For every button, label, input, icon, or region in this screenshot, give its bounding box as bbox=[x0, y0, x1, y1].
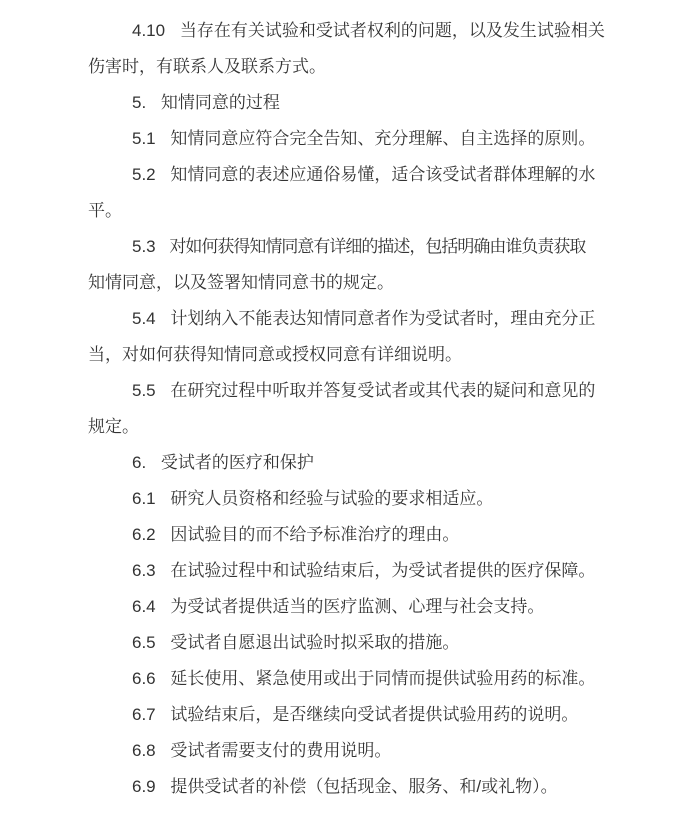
item-number: 6.1 bbox=[132, 481, 156, 517]
document-line: 5.5 在研究过程中听取并答复受试者或其代表的疑问和意见的 bbox=[88, 373, 600, 409]
document-line: 6.2 因试验目的而不给予标准治疗的理由。 bbox=[88, 517, 600, 553]
document-line: 6.5 受试者自愿退出试验时拟采取的措施。 bbox=[88, 625, 600, 661]
line-text: 试验结束后，是否继续向受试者提供试验用药的说明。 bbox=[170, 705, 578, 724]
item-number: 6.8 bbox=[132, 733, 156, 769]
item-number: 5.5 bbox=[132, 373, 156, 409]
item-number: 6.6 bbox=[132, 661, 156, 697]
line-text: 平。 bbox=[88, 201, 122, 220]
item-number: 5.3 bbox=[132, 229, 156, 265]
line-text: 规定。 bbox=[88, 417, 139, 436]
line-text: 受试者自愿退出试验时拟采取的措施。 bbox=[170, 633, 459, 652]
line-text: 延长使用、紧急使用或出于同情而提供试验用药的标准。 bbox=[170, 669, 595, 688]
line-text: 伤害时，有联系人及联系方式。 bbox=[88, 57, 326, 76]
item-number: 5.4 bbox=[132, 301, 156, 337]
line-text: 提供受试者的补偿（包括现金、服务、和/或礼物）。 bbox=[170, 777, 557, 796]
line-text: 当存在有关试验和受试者权利的问题，以及发生试验相关 bbox=[180, 21, 605, 40]
document-line: 6.3 在试验过程中和试验结束后，为受试者提供的医疗保障。 bbox=[88, 553, 600, 589]
line-text: 受试者需要支付的费用说明。 bbox=[170, 741, 391, 760]
document-line: 5.1 知情同意应符合完全告知、充分理解、自主选择的原则。 bbox=[88, 121, 600, 157]
document-page: 4.10 当存在有关试验和受试者权利的问题，以及发生试验相关 伤害时，有联系人及… bbox=[0, 0, 690, 816]
item-number: 6.7 bbox=[132, 697, 156, 733]
document-line: 规定。 bbox=[88, 409, 600, 445]
document-line: 5.3 对如何获得知情同意有详细的描述，包括明确由谁负责获取 bbox=[88, 229, 600, 265]
document-line: 伤害时，有联系人及联系方式。 bbox=[88, 49, 600, 85]
document-line: 5.2 知情同意的表述应通俗易懂，适合该受试者群体理解的水 bbox=[88, 157, 600, 193]
item-number: 5.2 bbox=[132, 157, 156, 193]
item-number: 6.9 bbox=[132, 769, 156, 805]
item-number: 5.1 bbox=[132, 121, 156, 157]
line-text: 知情同意的过程 bbox=[161, 93, 280, 112]
document-line: 6.7 试验结束后，是否继续向受试者提供试验用药的说明。 bbox=[88, 697, 600, 733]
document-line: 6.6 延长使用、紧急使用或出于同情而提供试验用药的标准。 bbox=[88, 661, 600, 697]
line-text: 受试者的医疗和保护 bbox=[161, 453, 314, 472]
document-line: 5.4 计划纳入不能表达知情同意者作为受试者时，理由充分正 bbox=[88, 301, 600, 337]
document-line: 6.1 研究人员资格和经验与试验的要求相适应。 bbox=[88, 481, 600, 517]
line-text: 在试验过程中和试验结束后，为受试者提供的医疗保障。 bbox=[170, 561, 595, 580]
item-number: 6.5 bbox=[132, 625, 156, 661]
line-text: 对如何获得知情同意有详细的描述，包括明确由谁负责获取 bbox=[169, 237, 585, 256]
item-number: 6.4 bbox=[132, 589, 156, 625]
line-text: 计划纳入不能表达知情同意者作为受试者时，理由充分正 bbox=[170, 309, 595, 328]
document-line: 6.8 受试者需要支付的费用说明。 bbox=[88, 733, 600, 769]
document-line: 当，对如何获得知情同意或授权同意有详细说明。 bbox=[88, 337, 600, 373]
line-text: 因试验目的而不给予标准治疗的理由。 bbox=[170, 525, 459, 544]
line-text: 当，对如何获得知情同意或授权同意有详细说明。 bbox=[88, 345, 462, 364]
document-line: 5. 知情同意的过程 bbox=[88, 85, 600, 121]
document-line: 6.4 为受试者提供适当的医疗监测、心理与社会支持。 bbox=[88, 589, 600, 625]
document-line: 知情同意，以及签署知情同意书的规定。 bbox=[88, 265, 600, 301]
document-line: 4.10 当存在有关试验和受试者权利的问题，以及发生试验相关 bbox=[88, 13, 600, 49]
item-number: 6.2 bbox=[132, 517, 156, 553]
line-text: 研究人员资格和经验与试验的要求相适应。 bbox=[170, 489, 493, 508]
document-line: 6.9 提供受试者的补偿（包括现金、服务、和/或礼物）。 bbox=[88, 769, 600, 805]
document-line: 6. 受试者的医疗和保护 bbox=[88, 445, 600, 481]
item-number: 6. bbox=[132, 445, 146, 481]
document-body: 4.10 当存在有关试验和受试者权利的问题，以及发生试验相关 伤害时，有联系人及… bbox=[88, 13, 600, 805]
line-text: 知情同意的表述应通俗易懂，适合该受试者群体理解的水 bbox=[170, 165, 595, 184]
line-text: 知情同意，以及签署知情同意书的规定。 bbox=[88, 273, 394, 292]
item-number: 5. bbox=[132, 85, 146, 121]
item-number: 6.3 bbox=[132, 553, 156, 589]
item-number: 4.10 bbox=[132, 13, 165, 49]
document-line: 平。 bbox=[88, 193, 600, 229]
line-text: 在研究过程中听取并答复受试者或其代表的疑问和意见的 bbox=[170, 381, 595, 400]
line-text: 为受试者提供适当的医疗监测、心理与社会支持。 bbox=[170, 597, 544, 616]
line-text: 知情同意应符合完全告知、充分理解、自主选择的原则。 bbox=[170, 129, 595, 148]
